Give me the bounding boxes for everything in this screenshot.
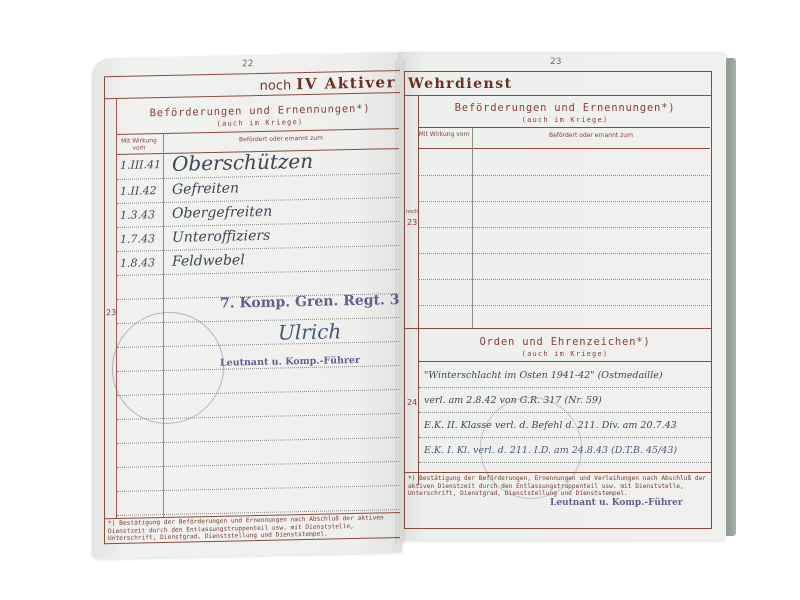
entry-date: 1.III.41 bbox=[120, 158, 161, 172]
rank-entry: 1.III.41Oberschützen bbox=[92, 52, 402, 58]
col-rank-header: Befördert oder ernannt zum bbox=[472, 132, 710, 139]
footnote: *) Bestätigung der Beförderungen, Ernenn… bbox=[408, 475, 706, 498]
footnote-rule bbox=[404, 472, 712, 473]
awards-rule bbox=[418, 361, 712, 362]
entry-rank: Obergefreiten bbox=[172, 204, 272, 222]
wehrpass-spread: 22 noch IV Aktiver Beförderungen und Ern… bbox=[0, 0, 800, 600]
rank-entry: 1.II.42Gefreiten bbox=[92, 52, 402, 58]
signature: Ulrich bbox=[278, 319, 341, 344]
row-rule bbox=[419, 305, 710, 306]
entry-date: 1.3.43 bbox=[120, 208, 155, 222]
entry-rank: Feldwebel bbox=[172, 252, 245, 270]
header-bold: Wehrdienst bbox=[408, 76, 513, 92]
entry-rank: Unteroffiziers bbox=[172, 228, 270, 246]
officer-title-stamp: Leutnant u. Komp.-Führer bbox=[550, 498, 683, 508]
header-bold: IV Aktiver bbox=[296, 73, 396, 93]
promotions-title: Beförderungen und Ernennungen*) bbox=[420, 102, 710, 114]
entry-date: 1.II.42 bbox=[120, 184, 157, 198]
header-rule bbox=[404, 95, 712, 96]
page-header: noch IV Aktiver bbox=[260, 72, 396, 94]
row-rule bbox=[419, 175, 710, 176]
margin-number: 23 bbox=[407, 218, 417, 227]
section-rule bbox=[418, 127, 710, 128]
column-divider bbox=[472, 128, 473, 328]
right-page: 23 Wehrdienst Beförderungen und Ernennun… bbox=[400, 52, 726, 540]
row-rule bbox=[419, 227, 710, 228]
rank-rows: 1.III.41Oberschützen1.II.42Gefreiten1.3.… bbox=[92, 52, 402, 58]
rank-entry: 1.7.43Unteroffiziers bbox=[92, 52, 402, 58]
entry-rank: Gefreiten bbox=[172, 180, 239, 197]
awards-margin-number: 24 bbox=[407, 398, 417, 407]
awards-subtitle: (auch im Kriege) bbox=[420, 350, 710, 358]
row-rule bbox=[419, 201, 710, 202]
row-rule bbox=[419, 253, 710, 254]
entry-date: 1.8.43 bbox=[120, 256, 155, 270]
awards-title: Orden und Ehrenzeichen*) bbox=[420, 336, 710, 348]
col-date-header: Mit Wirkung vom bbox=[116, 137, 162, 152]
entry-rank: Oberschützen bbox=[172, 149, 313, 176]
left-page: 22 noch IV Aktiver Beförderungen und Ern… bbox=[92, 52, 402, 558]
book-gutter bbox=[395, 60, 405, 545]
row-rule bbox=[419, 279, 710, 280]
promotions-subtitle: (auch im Kriege) bbox=[420, 116, 710, 124]
awards-top-rule bbox=[404, 328, 712, 329]
page-number: 22 bbox=[242, 59, 253, 69]
header-row-rule bbox=[418, 148, 710, 149]
entry-date: 1.7.43 bbox=[120, 232, 155, 246]
header-prefix: noch bbox=[260, 78, 292, 94]
margin-label: noch bbox=[406, 209, 418, 215]
margin-number: 23 bbox=[106, 308, 116, 317]
page-number: 23 bbox=[550, 57, 561, 67]
row-rule bbox=[419, 387, 711, 388]
rank-entry: 1.3.43Obergefreiten bbox=[92, 52, 402, 58]
margin-rule bbox=[418, 95, 419, 485]
col-date-header: Mit Wirkung vom bbox=[418, 131, 470, 138]
rank-entry: 1.8.43Feldwebel bbox=[92, 52, 402, 58]
award-entry: "Winterschlacht im Osten 1941-42" (Ostme… bbox=[424, 370, 663, 381]
